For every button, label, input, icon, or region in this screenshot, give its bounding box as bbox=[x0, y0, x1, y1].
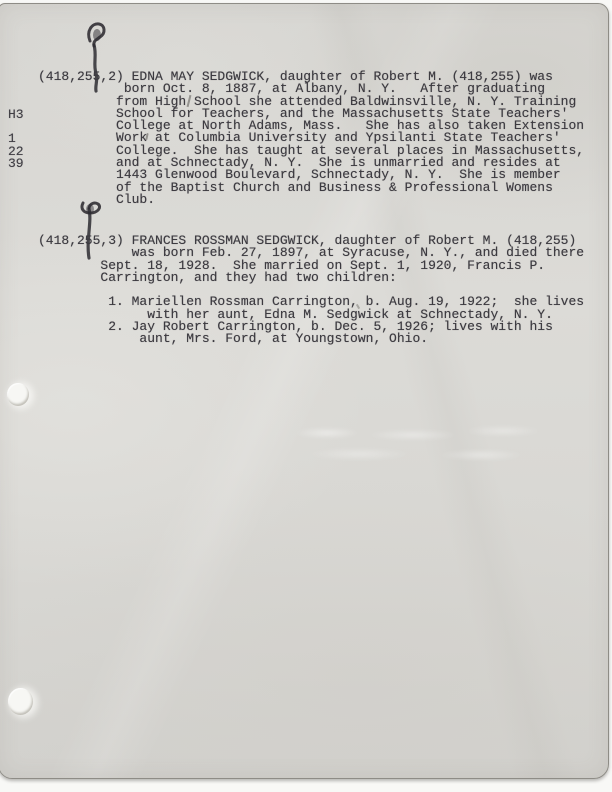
scanned-document-page: H3 1 22 39 (418,255,2) EDNA MAY SEDGWICK… bbox=[0, 0, 612, 792]
punch-hole-top bbox=[7, 383, 29, 406]
genealogy-entry-418-255-2: (418,255,2) EDNA MAY SEDGWICK, daughter … bbox=[38, 71, 584, 206]
margin-label-39: 39 bbox=[8, 158, 24, 170]
genealogy-entry-418-255-3: (418,255,3) FRANCES ROSSMAN SEDGWICK, da… bbox=[38, 235, 584, 346]
margin-label-h3: H3 bbox=[8, 109, 24, 121]
punch-hole-bottom bbox=[8, 688, 33, 715]
bleed-through-smudge bbox=[295, 424, 567, 464]
page-content: H3 1 22 39 (418,255,2) EDNA MAY SEDGWICK… bbox=[0, 0, 612, 792]
